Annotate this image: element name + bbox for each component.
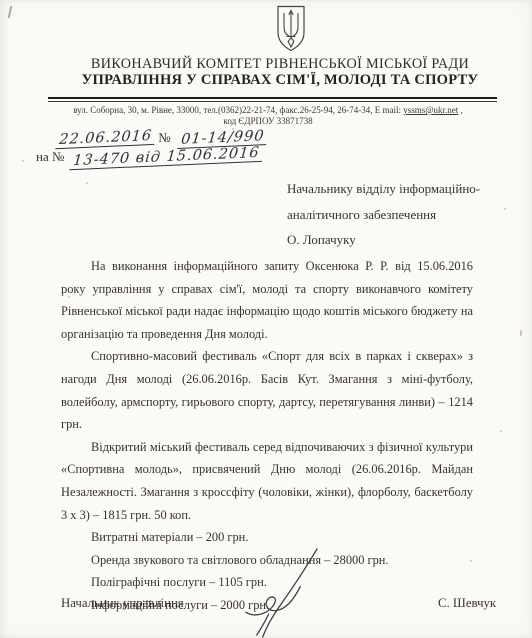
reference-block: 22.06.2016 № 01-14/990 на № 13-470 від 1…: [36, 130, 267, 168]
scanned-letter-page: ВИКОНАВЧИЙ КОМІТЕТ РІВНЕНСЬКОЇ МІСЬКОЇ Р…: [0, 0, 532, 638]
scan-speckle: [232, 128, 234, 130]
incoming-ref-row: на № 13-470 від 15.06.2016: [36, 149, 267, 168]
contact-email: yssms@ukr.net: [403, 105, 458, 115]
org-name-line2: УПРАВЛІННЯ У СПРАВАХ СІМ'Ї, МОЛОДІ ТА СП…: [30, 72, 530, 89]
scan-speckle: [470, 560, 472, 562]
letterhead-contact: вул. Соборна, 30, м. Рівне, 33000, тел.(…: [18, 105, 518, 127]
contact-suffix: ,: [458, 105, 463, 115]
number-sign: №: [158, 130, 170, 146]
scan-speckle: [520, 330, 522, 336]
contact-edrpou: код ЄДРПОУ 33871738: [223, 116, 312, 126]
ukraine-trident-emblem-icon: [276, 5, 306, 52]
incoming-prefix: на №: [36, 149, 64, 165]
scan-speckle: [86, 182, 88, 184]
incoming-ref-handwritten: 13-470 від 15.06.2016: [69, 146, 263, 170]
handwritten-signature-icon: [236, 547, 324, 638]
addressee-line: Начальнику відділу інформаційно-: [287, 176, 480, 202]
body-paragraph: Спортивно-масовий фестиваль «Спорт для в…: [61, 345, 473, 435]
org-name-line1: ВИКОНАВЧИЙ КОМІТЕТ РІВНЕНСЬКОЇ МІСЬКОЇ Р…: [30, 56, 530, 73]
scan-speckle: [22, 160, 24, 162]
scan-speckle: [68, 296, 70, 298]
signer-name: С. Шевчук: [438, 596, 496, 611]
signer-position-title: Начальник управління: [61, 596, 184, 611]
outgoing-date-handwritten: 22.06.2016: [55, 129, 155, 149]
body-paragraph: На виконання інформаційного запиту Оксен…: [61, 255, 473, 345]
addressee-line: О. Лопачуку: [287, 227, 480, 253]
letterhead-divider-rule: [48, 97, 497, 102]
addressee-line: аналітичного забезпечення: [287, 202, 480, 228]
expense-line: Витратні матеріали – 200 грн.: [61, 526, 473, 549]
scan-fold-mark: [8, 6, 12, 18]
contact-address: вул. Соборна, 30, м. Рівне, 33000, тел.(…: [73, 105, 403, 115]
addressee-block: Начальнику відділу інформаційно- аналіти…: [287, 176, 480, 253]
scan-speckle: [504, 208, 506, 210]
scan-speckle: [500, 430, 502, 432]
scan-speckle: [88, 82, 90, 84]
body-paragraph: Відкритий міський фестиваль серед відпоч…: [61, 436, 473, 526]
